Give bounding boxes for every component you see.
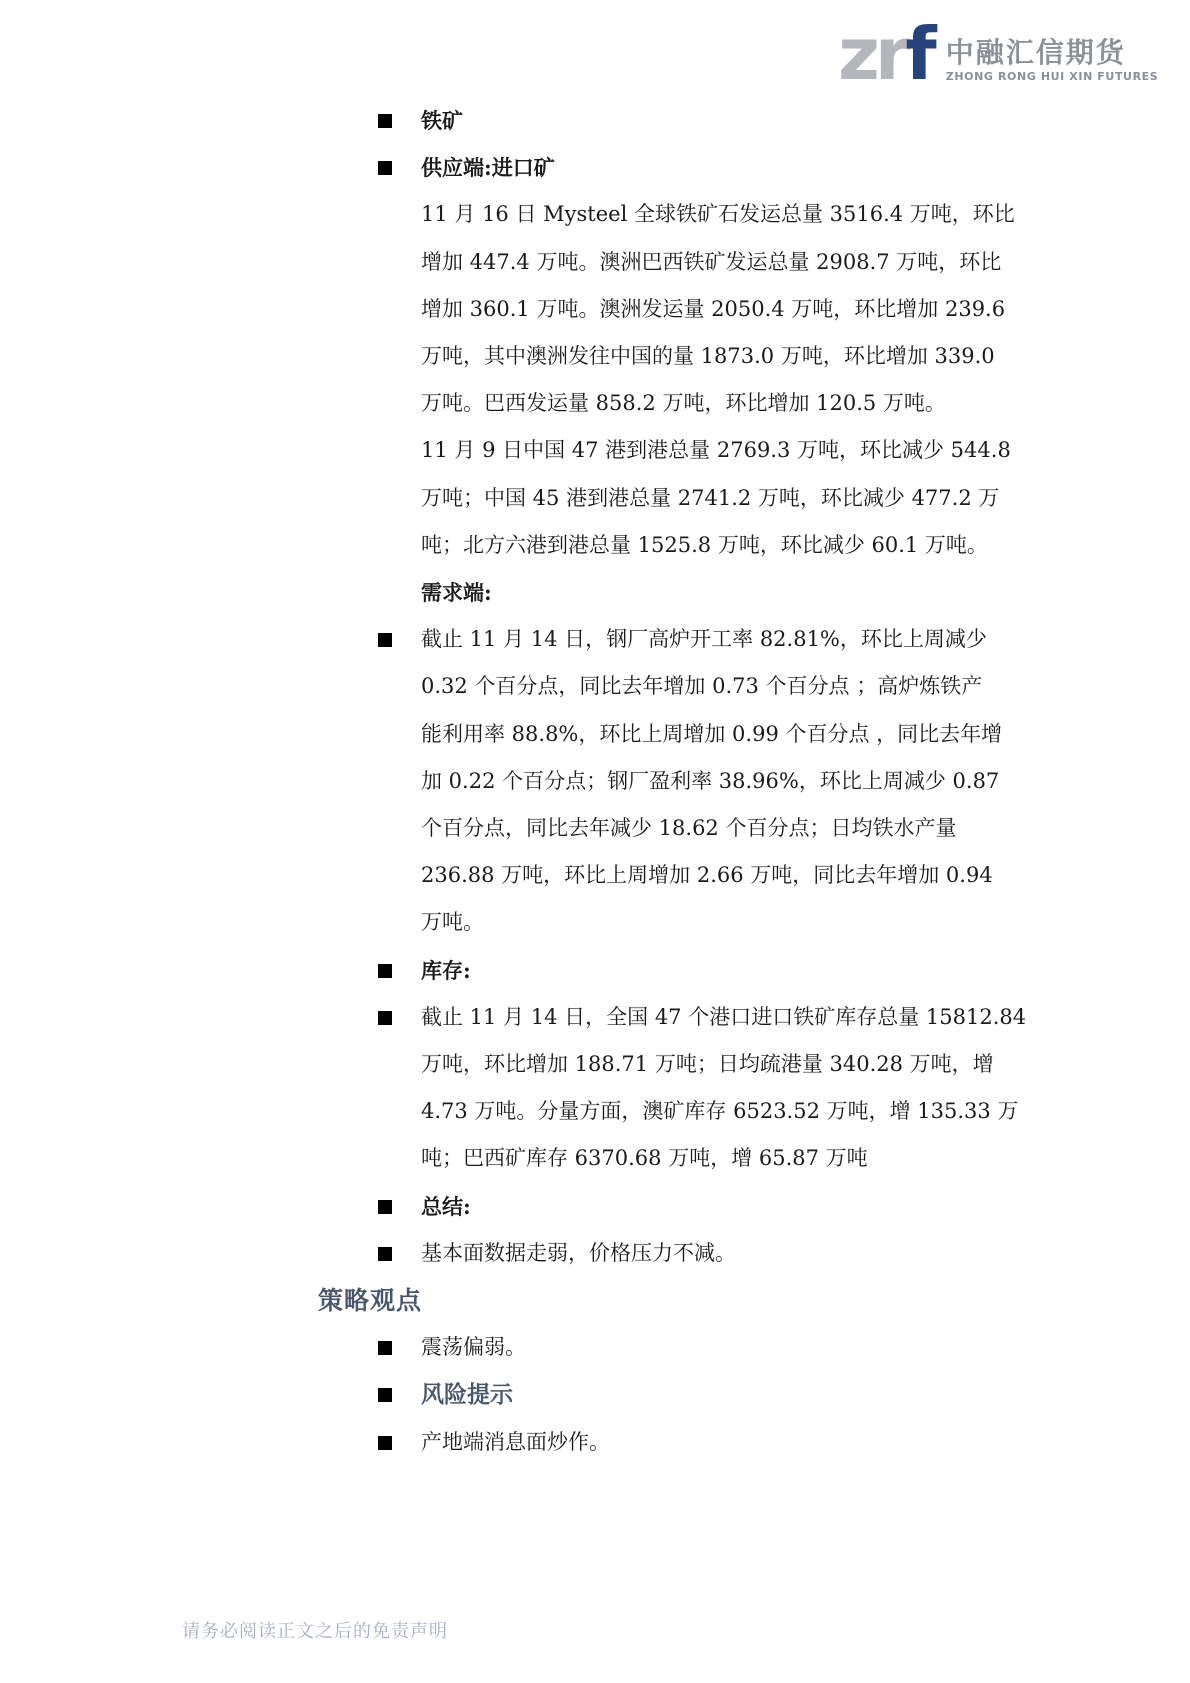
bullet-summary-text-text: 基本面数据走弱，价格压力不减。 — [421, 1230, 1026, 1277]
text-line: 产地端消息面炒作。 — [421, 1419, 1026, 1466]
wordmark-zr: zr — [838, 12, 905, 96]
bullet-square-icon — [378, 633, 392, 647]
text-line: 截止 11 月 14 日，全国 47 个港口进口铁矿库存总量 15812.84 — [421, 994, 1026, 1041]
bullet-iron-ore-text: 铁矿 — [421, 97, 1026, 144]
company-name-cn: 中融汇信期货 — [946, 38, 1159, 67]
text-line: 236.88 万吨，环比上周增加 2.66 万吨，同比去年增加 0.94 — [421, 852, 1026, 899]
bullet-strategy-text: 震荡偏弱。 — [318, 1324, 1026, 1371]
company-name-block: 中融汇信期货 ZHONG RONG HUI XIN FUTURES — [946, 38, 1159, 84]
report-body: 铁矿供应端:进口矿11 月 16 日 Mysteel 全球铁矿石发运总量 351… — [318, 97, 1026, 1466]
bullet-square-icon — [378, 1011, 392, 1025]
text-line: 万吨，其中澳洲发往中国的量 1873.0 万吨，环比增加 339.0 — [421, 333, 1026, 380]
text-line: 总结: — [421, 1183, 1026, 1230]
para-global-shipments: 11 月 16 日 Mysteel 全球铁矿石发运总量 3516.4 万吨，环比… — [318, 191, 1026, 427]
para-port-arrivals-text: 11 月 9 日中国 47 港到港总量 2769.3 万吨，环比减少 544.8… — [421, 427, 1026, 569]
text-line: 铁矿 — [421, 97, 1026, 144]
text-line: 震荡偏弱。 — [421, 1324, 1026, 1371]
text-line: 11 月 9 日中国 47 港到港总量 2769.3 万吨，环比减少 544.8 — [421, 427, 1026, 474]
bullet-risk-text-text: 产地端消息面炒作。 — [421, 1419, 1026, 1466]
bullet-summary-head-text: 总结: — [421, 1183, 1026, 1230]
wordmark-f: f — [905, 12, 931, 96]
bullet-demand-data: 截止 11 月 14 日，钢厂高炉开工率 82.81%，环比上周减少0.32 个… — [318, 616, 1026, 946]
bullet-square-icon — [378, 1200, 392, 1214]
text-line: 吨；北方六港到港总量 1525.8 万吨，环比减少 60.1 万吨。 — [421, 522, 1026, 569]
text-line: 0.32 个百分点，同比去年增加 0.73 个百分点 ；高炉炼铁产 — [421, 663, 1026, 710]
bullet-square-icon — [378, 114, 392, 128]
company-name-en: ZHONG RONG HUI XIN FUTURES — [946, 70, 1159, 83]
text-line: 库存: — [421, 947, 1026, 994]
text-line: 能利用率 88.8%，环比上周增加 0.99 个百分点 ，同比去年增 — [421, 711, 1026, 758]
text-line: 个百分点，同比去年减少 18.62 个百分点；日均铁水产量 — [421, 805, 1026, 852]
text-line: 供应端:进口矿 — [421, 144, 1026, 191]
bullet-summary-text: 基本面数据走弱，价格压力不减。 — [318, 1230, 1026, 1277]
bullet-square-icon — [378, 964, 392, 978]
text-line: 增加 447.4 万吨。澳洲巴西铁矿发运总量 2908.7 万吨，环比 — [421, 239, 1026, 286]
subhead-demand-side: 需求端: — [318, 569, 1026, 616]
bullet-square-icon — [378, 1247, 392, 1261]
text-line: 11 月 16 日 Mysteel 全球铁矿石发运总量 3516.4 万吨，环比 — [421, 191, 1026, 238]
text-line: 需求端: — [421, 569, 1026, 616]
bullet-risk-head-text: 风险提示 — [421, 1371, 1026, 1418]
bullet-square-icon — [378, 161, 392, 175]
bullet-square-icon — [378, 1388, 392, 1402]
subhead-demand-side-text: 需求端: — [421, 569, 1026, 616]
bullet-square-icon — [378, 1436, 392, 1450]
bullet-inventory-data: 截止 11 月 14 日，全国 47 个港口进口铁矿库存总量 15812.84万… — [318, 994, 1026, 1183]
text-line: 增加 360.1 万吨。澳洲发运量 2050.4 万吨，环比增加 239.6 — [421, 286, 1026, 333]
text-line: 万吨。巴西发运量 858.2 万吨，环比增加 120.5 万吨。 — [421, 380, 1026, 427]
bullet-inventory-data-text: 截止 11 月 14 日，全国 47 个港口进口铁矿库存总量 15812.84万… — [421, 994, 1026, 1183]
text-line: 吨；巴西矿库存 6370.68 万吨，增 65.87 万吨 — [421, 1135, 1026, 1182]
text-line: 万吨，环比增加 188.71 万吨；日均疏港量 340.28 万吨，增 — [421, 1041, 1026, 1088]
para-port-arrivals: 11 月 9 日中国 47 港到港总量 2769.3 万吨，环比减少 544.8… — [318, 427, 1026, 569]
bullet-risk-head: 风险提示 — [318, 1371, 1026, 1418]
report-page: zrf 中融汇信期货 ZHONG RONG HUI XIN FUTURES 铁矿… — [0, 0, 1190, 1683]
text-line: 万吨；中国 45 港到港总量 2741.2 万吨，环比减少 477.2 万 — [421, 475, 1026, 522]
bullet-inventory-head-text: 库存: — [421, 947, 1026, 994]
text-line: 4.73 万吨。分量方面，澳矿库存 6523.52 万吨，增 135.33 万 — [421, 1088, 1026, 1135]
bullet-supply-side: 供应端:进口矿 — [318, 144, 1026, 191]
text-line: 截止 11 月 14 日，钢厂高炉开工率 82.81%，环比上周减少 — [421, 616, 1026, 663]
text-line: 万吨。 — [421, 899, 1026, 946]
text-line: 基本面数据走弱，价格压力不减。 — [421, 1230, 1026, 1277]
bullet-summary-head: 总结: — [318, 1183, 1026, 1230]
brand-logo: zrf 中融汇信期货 ZHONG RONG HUI XIN FUTURES — [838, 24, 1158, 84]
bullet-demand-data-text: 截止 11 月 14 日，钢厂高炉开工率 82.81%，环比上周减少0.32 个… — [421, 616, 1026, 946]
disclaimer-note: 请务必阅读正文之后的免责声明 — [182, 1617, 448, 1643]
bullet-inventory-head: 库存: — [318, 947, 1026, 994]
text-line: 加 0.22 个百分点；钢厂盈利率 38.96%，环比上周减少 0.87 — [421, 758, 1026, 805]
text-line: 风险提示 — [421, 1371, 1026, 1418]
bullet-iron-ore: 铁矿 — [318, 97, 1026, 144]
bullet-supply-side-text: 供应端:进口矿 — [421, 144, 1026, 191]
heading-strategy-view: 策略观点 — [318, 1277, 1026, 1324]
para-global-shipments-text: 11 月 16 日 Mysteel 全球铁矿石发运总量 3516.4 万吨，环比… — [421, 191, 1026, 427]
bullet-risk-text: 产地端消息面炒作。 — [318, 1419, 1026, 1466]
bullet-square-icon — [378, 1341, 392, 1355]
zrf-wordmark: zrf — [838, 24, 932, 84]
bullet-strategy-text-text: 震荡偏弱。 — [421, 1324, 1026, 1371]
